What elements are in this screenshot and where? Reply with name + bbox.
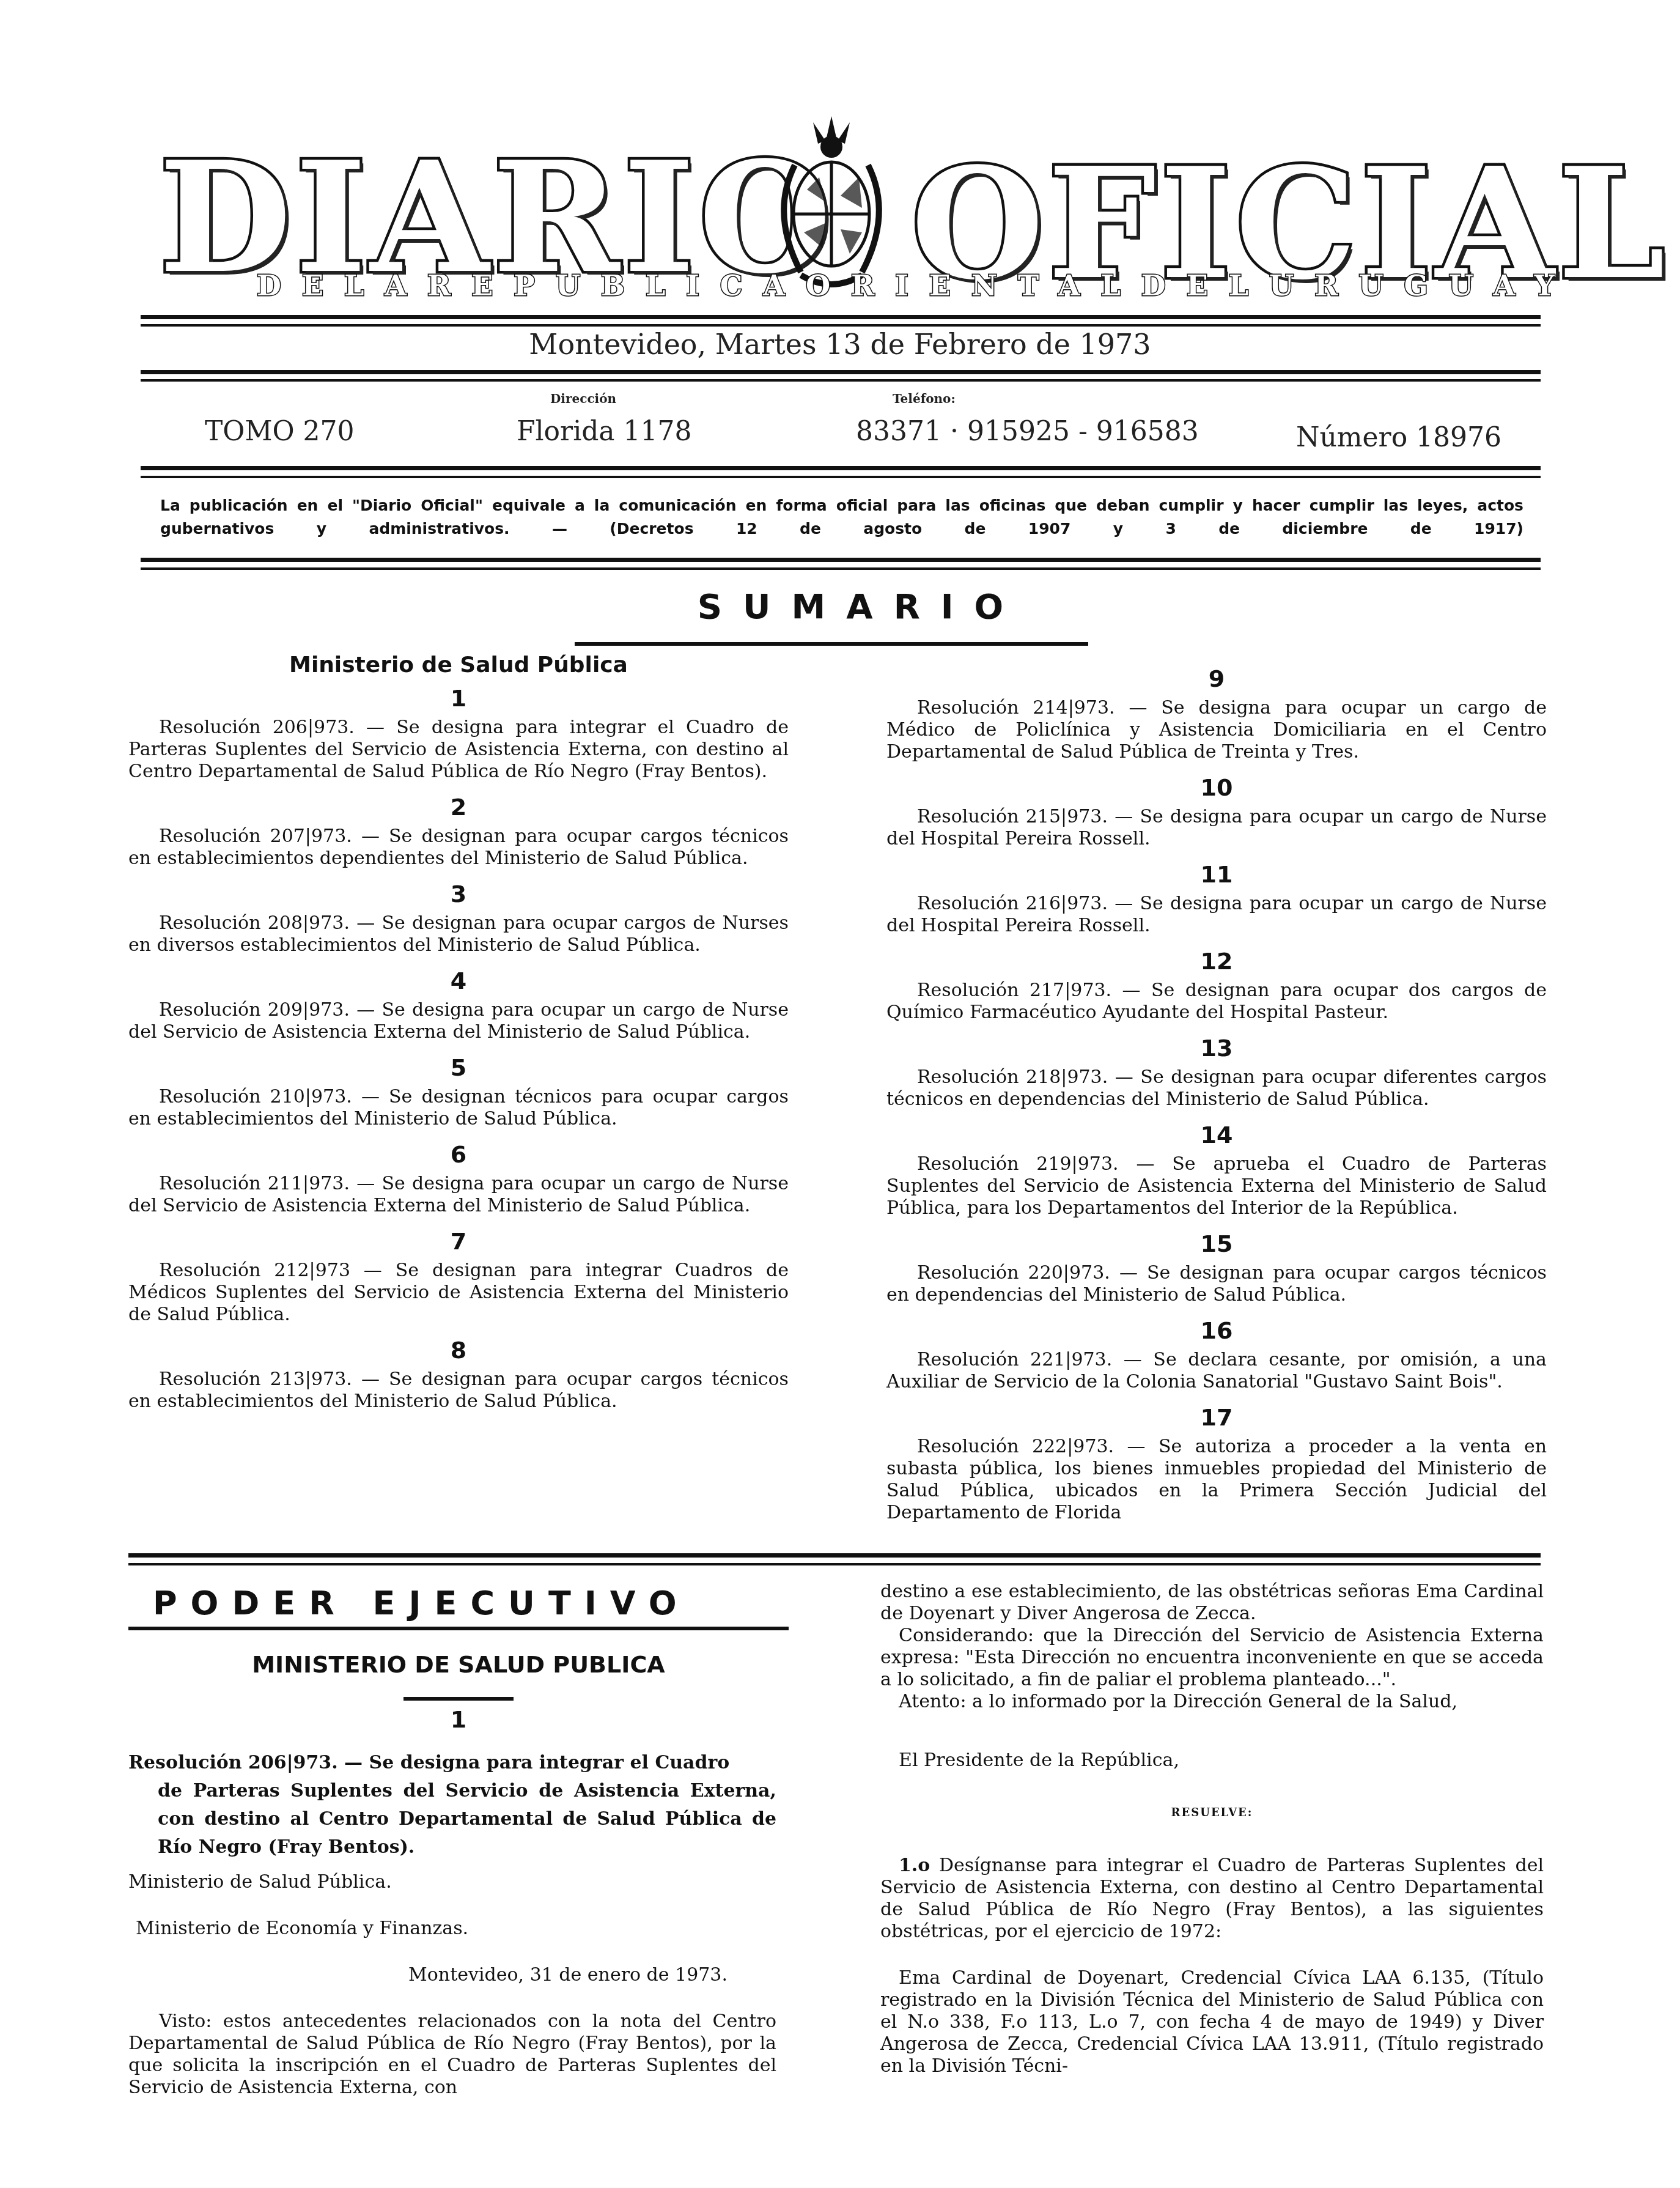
sumario-item-number: 17 <box>886 1402 1547 1433</box>
article-1: 1.o Desígnanse para integrar el Cuadro d… <box>880 1855 1544 1943</box>
credencial-paragraph: Ema Cardinal de Doyenart, Credencial Cív… <box>880 1967 1544 2077</box>
sumario-item-text: Resolución 215|973. — Se designa para oc… <box>886 806 1547 850</box>
legal-notice: La publicación en el "Diario Oficial" eq… <box>160 494 1523 541</box>
sumario-item-text: Resolución 206|973. — Se designa para in… <box>128 717 789 783</box>
sumario-item-text: Resolución 208|973. — Se designan para o… <box>128 912 789 956</box>
sumario-item-text: Resolución 219|973. — Se aprueba el Cuad… <box>886 1153 1547 1219</box>
divider <box>141 379 1541 382</box>
sumario-item-number: 8 <box>128 1334 789 1366</box>
telefonos: 83371 · 915925 - 916583 <box>856 416 1199 447</box>
presidente-line: El Presidente de la República, <box>880 1750 1544 1772</box>
resolution-heading: Resolución 206|973. — Se designa para in… <box>128 1749 776 1861</box>
divider <box>141 476 1541 478</box>
article-text: Desígnanse para integrar el Cuadro de Pa… <box>880 1855 1544 1942</box>
sumario-item-number: 6 <box>128 1139 789 1170</box>
ministerio-economia: Ministerio de Economía y Finanzas. <box>128 1918 776 1940</box>
divider <box>403 1697 514 1701</box>
sumario-item-text: Resolución 211|973. — Se designa para oc… <box>128 1173 789 1217</box>
divider <box>141 567 1541 570</box>
sumario-left-column: Ministerio de Salud Pública 1Resolución … <box>128 654 789 1421</box>
sumario-item-number: 12 <box>886 945 1547 977</box>
direccion-label: Dirección <box>550 391 616 406</box>
sumario-item-text: Resolución 209|973. — Se designa para oc… <box>128 999 789 1043</box>
divider <box>128 1627 789 1630</box>
resolution-body-right: destino a ese establecimiento, de las ob… <box>880 1581 1544 2077</box>
sumario-item-number: 11 <box>886 859 1547 890</box>
sumario-right-column: 9Resolución 214|973. — Se designa para o… <box>886 659 1547 1532</box>
resolution-number: 1 <box>128 1706 789 1733</box>
divider <box>141 324 1541 327</box>
divider <box>575 642 1088 646</box>
sumario-item-text: Resolución 213|973. — Se designan para o… <box>128 1369 789 1413</box>
sumario-item-number: 10 <box>886 772 1547 804</box>
sumario-item-number: 5 <box>128 1052 789 1084</box>
sumario-item-text: Resolución 218|973. — Se designan para o… <box>886 1066 1547 1111</box>
resuelve-heading: RESUELVE: <box>880 1802 1544 1824</box>
resolution-heading-first: Resolución 206|973. — Se designa para in… <box>128 1752 729 1773</box>
sumario-item-text: Resolución 217|973. — Se designan para o… <box>886 980 1547 1024</box>
section-title: PODER EJECUTIVO <box>153 1584 764 1622</box>
sumario-item-number: 14 <box>886 1119 1547 1151</box>
ministerio-salud: Ministerio de Salud Pública. <box>128 1871 776 1893</box>
resolution-body-left: Ministerio de Salud Pública. Ministerio … <box>128 1871 776 2099</box>
sumario-item-number: 15 <box>886 1228 1547 1260</box>
sumario-item-text: Resolución 214|973. — Se designa para oc… <box>886 697 1547 763</box>
considerando-paragraph: Considerando: que la Dirección del Servi… <box>880 1625 1544 1691</box>
sumario-item-number: 2 <box>128 791 789 823</box>
visto-paragraph: Visto: estos antecedentes relacionados c… <box>128 2011 776 2099</box>
sumario-title: SUMARIO <box>0 587 1680 627</box>
subtitle-word: DEL <box>1141 269 1269 302</box>
destino-paragraph: destino a ese establecimiento, de las ob… <box>880 1581 1544 1625</box>
divider <box>128 1553 1541 1558</box>
sumario-item-number: 1 <box>128 682 789 714</box>
numero: Número 18976 <box>1296 422 1501 453</box>
sumario-item-text: Resolución 220|973. — Se designan para o… <box>886 1262 1547 1306</box>
sumario-item-text: Resolución 207|973. — Se designan para o… <box>128 826 789 870</box>
ministry-heading: Ministerio de Salud Pública <box>128 654 789 676</box>
divider <box>128 1563 1541 1565</box>
masthead-subtitle: DE LA REPUBLICA ORIENTAL DEL URUGUAY <box>257 269 1449 302</box>
sumario-item-text: Resolución 222|973. — Se autoriza a proc… <box>886 1436 1547 1524</box>
divider <box>141 558 1541 562</box>
masthead: DIARIO OFICIAL <box>147 110 1528 294</box>
subtitle-word: DE <box>257 269 344 302</box>
divider <box>141 466 1541 470</box>
sumario-item-number: 7 <box>128 1225 789 1257</box>
sumario-item-text: Resolución 216|973. — Se designa para oc… <box>886 893 1547 937</box>
sumario-item-text: Resolución 221|973. — Se declara cesante… <box>886 1349 1547 1393</box>
divider <box>141 315 1541 319</box>
resolution-heading-rest: de Parteras Suplentes del Servicio de As… <box>128 1777 776 1861</box>
sumario-item-text: Resolución 210|973. — Se designan técnic… <box>128 1086 789 1130</box>
sumario-item-number: 3 <box>128 878 789 910</box>
divider <box>141 370 1541 374</box>
article-number: 1.o <box>899 1855 930 1876</box>
sumario-item-number: 4 <box>128 965 789 997</box>
sumario-item-number: 13 <box>886 1032 1547 1064</box>
subtitle-word: URUGUAY <box>1269 269 1575 302</box>
sumario-item-number: 9 <box>886 663 1547 695</box>
atento-paragraph: Atento: a lo informado por la Dirección … <box>880 1691 1544 1713</box>
telefono-label: Teléfono: <box>893 391 956 406</box>
resolution-date: Montevideo, 31 de enero de 1973. <box>128 1964 776 1986</box>
ministry-heading: MINISTERIO DE SALUD PUBLICA <box>128 1651 789 1678</box>
dateline: Montevideo, Martes 13 de Febrero de 1973 <box>0 328 1680 361</box>
subtitle-word: LA <box>344 269 427 302</box>
direccion: Florida 1178 <box>517 416 692 447</box>
subtitle-word: REPUBLICA <box>427 269 806 302</box>
tomo: TOMO 270 <box>205 416 355 447</box>
sumario-item-number: 16 <box>886 1315 1547 1347</box>
sumario-item-text: Resolución 212|973 — Se designan para in… <box>128 1260 789 1326</box>
subtitle-word: ORIENTAL <box>806 269 1141 302</box>
